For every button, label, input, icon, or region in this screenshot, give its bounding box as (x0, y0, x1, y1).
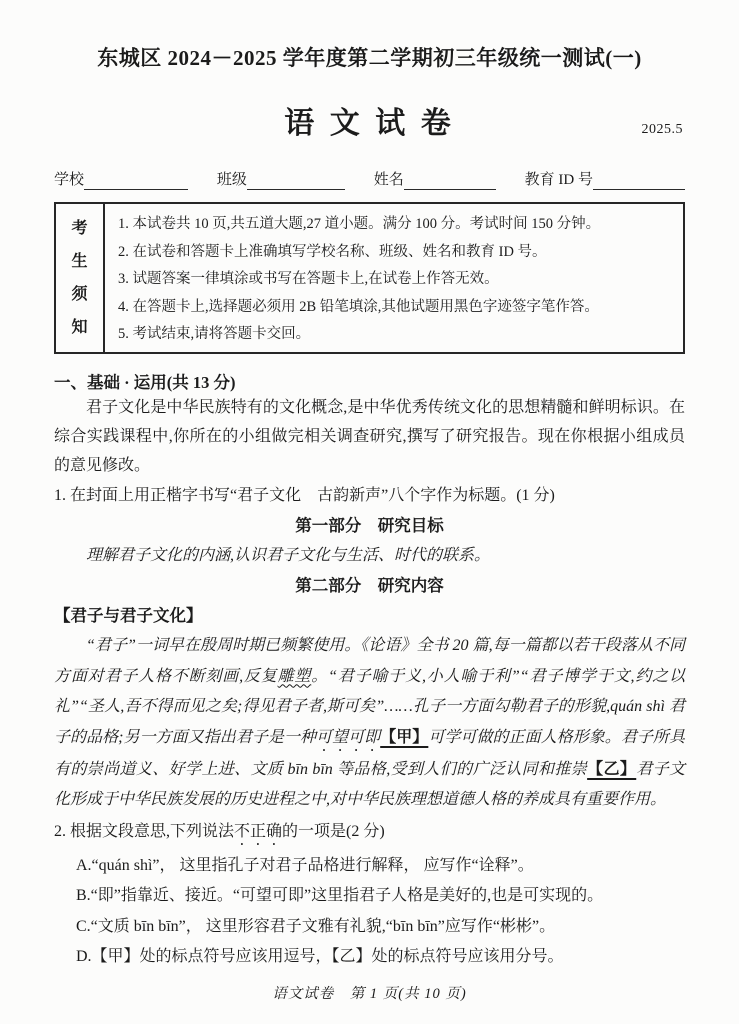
question-2-pre: 2. 根据文段意思,下列说法 (54, 823, 234, 840)
question-2-options: A.“quán shì”， 这里指孔子对君子品格进行解释， 应写作“诠释”。 B… (54, 851, 685, 973)
name-field-label: 姓名 (374, 168, 404, 190)
marker-yi: 【乙】 (587, 761, 636, 778)
notice-side-label: 考生须知 (71, 212, 89, 344)
passage-emphasized-term: 可望可即 (316, 729, 380, 746)
school-field-blank (84, 173, 188, 190)
notice-item-3: 3. 试题答案一律填涂或书写在答题卡上,在试卷上作答无效。 (118, 266, 673, 294)
class-field-label: 班级 (217, 168, 247, 190)
option-a: A.“quán shì”， 这里指孔子对君子品格进行解释， 应写作“诠释”。 (54, 851, 685, 882)
part-2-heading: 第二部分 研究内容 (54, 571, 685, 601)
question-2: 2. 根据文段意思,下列说法不正确的一项是(2 分) (54, 817, 685, 849)
education-id-field: 教育 ID 号 (525, 168, 685, 190)
school-field-label: 学校 (54, 168, 84, 190)
education-id-field-label: 教育 ID 号 (525, 168, 593, 190)
passage-title: 【君子与君子文化】 (54, 601, 685, 631)
exam-title: 东城区 2024－2025 学年度第二学期初三年级统一测试(一) (54, 42, 685, 72)
option-b: B.“即”指靠近、接近。“可望可即”这里指君子人格是美好的,也是可实现的。 (54, 881, 685, 912)
student-info-row: 学校 班级 姓名 教育 ID 号 (54, 168, 685, 190)
marker-jia: 【甲】 (380, 729, 428, 746)
examinee-notice-box: 考生须知 1. 本试卷共 10 页,共五道大题,27 道小题。满分 100 分。… (54, 202, 685, 354)
class-field: 班级 (217, 168, 345, 190)
notice-item-1: 1. 本试卷共 10 页,共五道大题,27 道小题。满分 100 分。考试时间 … (118, 211, 673, 239)
notice-body: 1. 本试卷共 10 页,共五道大题,27 道小题。满分 100 分。考试时间 … (105, 204, 683, 352)
question-2-emphasized: 不正确 (234, 823, 282, 840)
part-1-heading: 第一部分 研究目标 (54, 511, 685, 541)
name-field: 姓名 (374, 168, 496, 190)
paper-title-row: 语 文 试 卷 2025.5 (54, 98, 685, 140)
option-d: D.【甲】处的标点符号应该用逗号，【乙】处的标点符号应该用分号。 (54, 942, 685, 973)
option-c: C.“文质 bīn bīn”， 这里形容君子文雅有礼貌,“bīn bīn”应写作… (54, 912, 685, 943)
passage-text: “君子”一词早在殷周时期已频繁使用。《论语》全书 20 篇,每一篇都以若干段落从… (54, 631, 685, 816)
question-2-post: 的一项是(2 分) (282, 823, 385, 840)
name-field-blank (404, 173, 496, 190)
page-footer: 语文试卷 第 1 页(共 10 页) (0, 982, 739, 1003)
paper-title: 语 文 试 卷 (284, 107, 455, 140)
notice-item-5: 5. 考试结束,请将答题卡交回。 (118, 321, 673, 349)
notice-item-2: 2. 在试卷和答题卡上准确填写学校名称、班级、姓名和教育 ID 号。 (118, 239, 673, 267)
exam-date: 2025.5 (642, 122, 684, 138)
section-1-heading: 一、基础 · 运用(共 13 分) (54, 369, 685, 393)
part-1-text: 理解君子文化的内涵,认识君子文化与生活、时代的联系。 (54, 541, 685, 570)
exam-paper-page: 东城区 2024－2025 学年度第二学期初三年级统一测试(一) 语 文 试 卷… (0, 0, 739, 1024)
notice-item-4: 4. 在答题卡上,选择题必须用 2B 铅笔填涂,其他试题用黑色字迹签字笔作答。 (118, 294, 673, 322)
passage-wavy-term: 雕塑 (278, 668, 312, 685)
notice-side-cell: 考生须知 (56, 204, 105, 352)
education-id-field-blank (593, 173, 685, 190)
question-1: 1. 在封面上用正楷字书写“君子文化 古韵新声”八个字作为标题。(1 分) (54, 481, 685, 510)
school-field: 学校 (54, 168, 188, 190)
section-1-intro: 君子文化是中华民族特有的文化概念,是中华优秀传统文化的思想精髓和鲜明标识。在综合… (54, 393, 685, 480)
class-field-blank (247, 173, 345, 190)
